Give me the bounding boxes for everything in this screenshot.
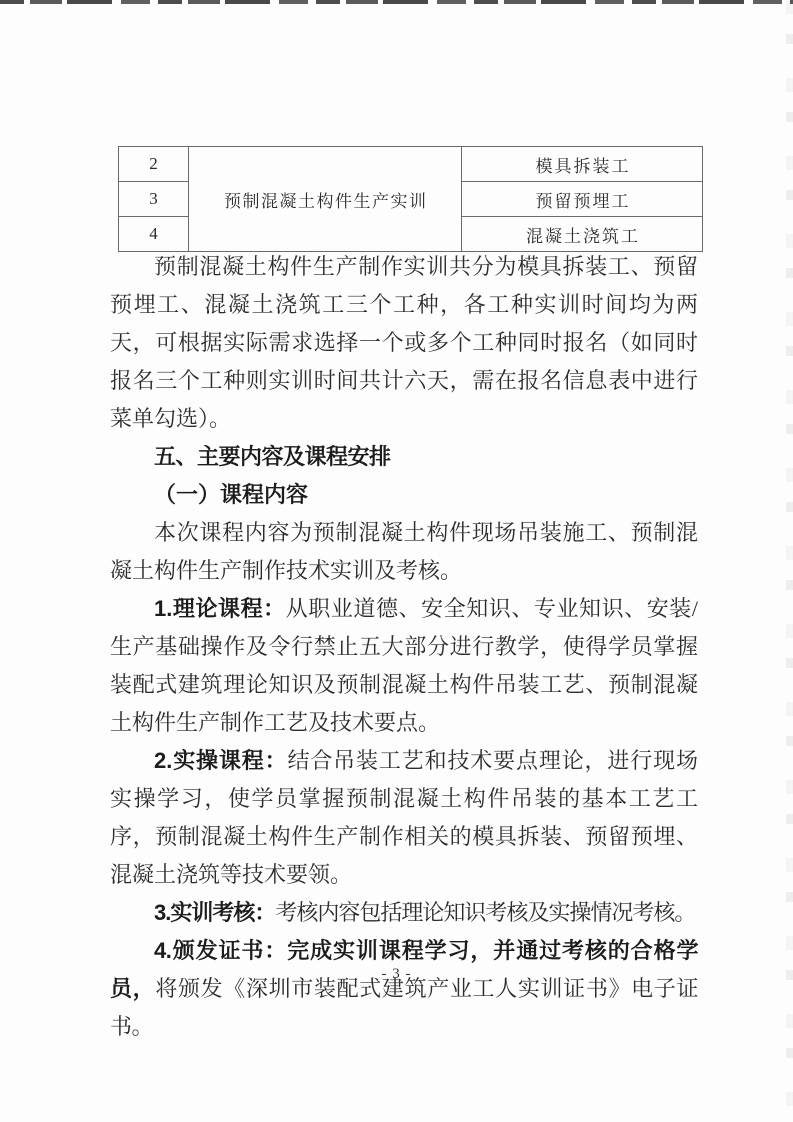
row-index-cell: 4 xyxy=(119,217,189,252)
item-practice-label: 2.实操课程： xyxy=(154,748,287,773)
para-intro: 预制混凝土构件生产制作实训共分为模具拆装工、预留预埋工、混凝土浇筑工三个工种，各… xyxy=(110,248,698,438)
body-text-column: 预制混凝土构件生产制作实训共分为模具拆装工、预留预埋工、混凝土浇筑工三个工种，各… xyxy=(110,248,698,1046)
item-theory-course: 1.理论课程：从职业道德、安全知识、专业知识、安装/生产基础操作及令行禁止五大部… xyxy=(110,590,698,742)
item-assessment: 3.实训考核：考核内容包括理论知识考核及实操情况考核。 xyxy=(110,894,698,932)
item-certificate-label: 4.颁发证书： xyxy=(154,938,287,963)
row-index-cell: 3 xyxy=(119,182,189,217)
item-certificate-text: 将颁发《深圳市装配式建筑产业工人实训证书》电子证书。 xyxy=(110,976,698,1039)
item-assessment-text: 考核内容包括理论知识考核及实操情况考核。 xyxy=(275,900,695,925)
trade-cell: 混凝土浇筑工 xyxy=(462,217,703,252)
item-certificate: 4.颁发证书：完成实训课程学习，并通过考核的合格学员，将颁发《深圳市装配式建筑产… xyxy=(110,932,698,1046)
table-row: 2 预制混凝土构件生产实训 模具拆装工 xyxy=(119,147,703,182)
document-page: 2 预制混凝土构件生产实训 模具拆装工 3 预留预埋工 4 混凝土浇筑工 预制混… xyxy=(0,0,793,1122)
item-theory-label: 1.理论课程： xyxy=(154,596,286,621)
merged-course-cell: 预制混凝土构件生产实训 xyxy=(189,147,462,252)
item-practice-course: 2.实操课程：结合吊装工艺和技术要点理论，进行现场实操学习，使学员掌握预制混凝土… xyxy=(110,742,698,894)
heading-course-content: （一）课程内容 xyxy=(110,476,698,514)
trade-cell: 预留预埋工 xyxy=(462,182,703,217)
scan-artifact-right-edge xyxy=(786,0,793,1122)
training-trades-table: 2 预制混凝土构件生产实训 模具拆装工 3 预留预埋工 4 混凝土浇筑工 xyxy=(118,146,703,252)
para-course-overview: 本次课程内容为预制混凝土构件现场吊装施工、预制混凝土构件生产制作技术实训及考核。 xyxy=(110,514,698,590)
trade-cell: 模具拆装工 xyxy=(462,147,703,182)
page-number: - 3 - xyxy=(0,966,793,983)
row-index-cell: 2 xyxy=(119,147,189,182)
heading-section-5: 五、主要内容及课程安排 xyxy=(110,438,698,476)
item-assessment-label: 3.实训考核： xyxy=(154,900,275,925)
scan-artifact-top-edge xyxy=(0,0,793,4)
